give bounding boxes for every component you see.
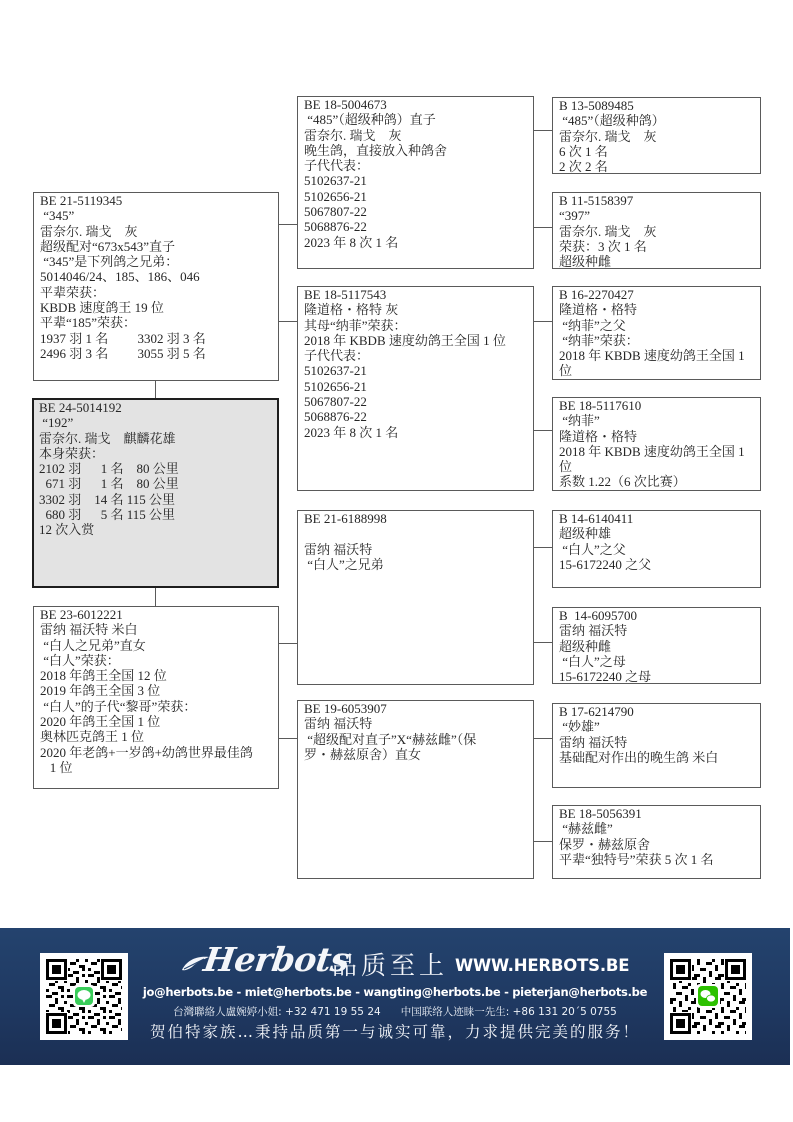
card-line: 雷奈尔. 瑞戈 麒麟花雄	[39, 431, 272, 446]
card-line: 超级种雌	[559, 639, 754, 654]
pedigree-card-subject: BE 24-5014192 “192” 雷奈尔. 瑞戈 麒麟花雄 本身荣获： 2…	[32, 398, 279, 588]
card-line: “白人”之兄弟	[304, 557, 527, 572]
card-line: “妙雄”	[559, 719, 754, 734]
ring-number: B 16-2270427	[559, 287, 754, 302]
contact-taiwan: 台灣聯絡人盧婉婷小姐: +32 471 19 55 24	[173, 1006, 381, 1018]
card-line: 15-6172240 之父	[559, 557, 754, 572]
pedigree-card-dam-dam: BE 19-6053907 雷纳 福沃特 “超级配对直子”X“赫兹雌”（保 罗・…	[297, 700, 534, 879]
card-line: 2023 年 8 次 1 名	[304, 235, 527, 250]
card-line: 雷奈尔. 瑞戈 灰	[304, 128, 527, 143]
pedigree-card-ss-sire: B 13-5089485 “485”（超级种鸽） 雷奈尔. 瑞戈 灰 6 次 1…	[552, 97, 761, 174]
card-line: 5102656-21	[304, 379, 527, 394]
tagline: 品质至上	[332, 946, 448, 982]
card-line: 5102637-21	[304, 363, 527, 378]
card-line: 超级配对“673x543”直子	[40, 239, 272, 254]
qr-code-line[interactable]	[40, 953, 128, 1040]
connector-dam-to-dam-dam	[278, 738, 297, 739]
ring-number: B 14-6095700	[559, 608, 754, 623]
result-row: 680 羽 5 名 115 公里	[39, 507, 272, 522]
card-line: 雷奈尔. 瑞戈 灰	[40, 224, 272, 239]
connector-sire-to-sire-sire	[278, 224, 297, 225]
card-line: “纳菲”之父	[559, 318, 754, 333]
pedigree-card-dam-sire: BE 21-6188998 雷纳 福沃特 “白人”之兄弟	[297, 510, 534, 685]
card-line: 雷奈尔. 瑞戈 灰	[559, 224, 754, 239]
connector-ds-dam	[533, 642, 552, 643]
card-line: 雷奈尔. 瑞戈 灰	[559, 129, 754, 144]
card-line: 6 次 1 名	[559, 144, 754, 159]
card-line: “485”（超级种鸽）	[559, 113, 754, 128]
ring-number: B 11-5158397	[559, 193, 754, 208]
card-line	[304, 526, 527, 541]
card-line: 1937 羽 1 名 3302 羽 3 名	[40, 331, 272, 346]
ring-number: BE 21-5119345	[40, 193, 272, 208]
footer-banner: Herbots 品质至上 WWW.HERBOTS.BE jo@herbots.b…	[0, 928, 790, 1065]
card-line: 2023 年 8 次 1 名	[304, 425, 527, 440]
pedigree-card-ds-dam: B 14-6095700 雷纳 福沃特 超级种雌 “白人”之母 15-61722…	[552, 607, 761, 684]
card-line: 保罗・赫兹原舍	[559, 837, 754, 852]
card-line: “192”	[39, 415, 272, 430]
connector-sd-dam	[533, 430, 552, 431]
connector-sd-sire	[533, 321, 552, 322]
connector-sire-to-subject	[155, 380, 156, 398]
card-line: “345”	[40, 208, 272, 223]
card-line: “赫兹雌”	[559, 821, 754, 836]
website-link[interactable]: WWW.HERBOTS.BE	[455, 956, 629, 975]
card-line: KBDB 速度鸽王 19 位	[40, 300, 272, 315]
pedigree-card-sd-dam: BE 18-5117610 “纳菲” 隆道格・格特 2018 年 KBDB 速度…	[552, 397, 761, 491]
connector-dam-to-dam-sire	[278, 643, 297, 644]
contact-china: 中国联络人迹睐一先生: +86 131 20´5 0755	[401, 1006, 617, 1018]
card-line: 2018 年鸽王全国 12 位	[40, 668, 272, 683]
pedigree-card-sire-dam: BE 18-5117543 隆道格・格特 灰 其母“纳菲”荣获： 2018 年 …	[297, 286, 534, 491]
pedigree-card-sire-sire: BE 18-5004673 “485”（超级种鸽）直子 雷奈尔. 瑞戈 灰 晚生…	[297, 96, 534, 269]
pedigree-card-ds-sire: B 14-6140411 超级种雄 “白人”之父 15-6172240 之父	[552, 510, 761, 588]
card-line: 5067807-22	[304, 204, 527, 219]
result-row: 671 羽 1 名 80 公里	[39, 476, 272, 491]
logo-wordmark: Herbots	[201, 940, 351, 979]
card-line: 平辈“独特号”荣获 5 次 1 名	[559, 852, 754, 867]
email-addresses[interactable]: jo@herbots.be - miet@herbots.be - wangti…	[140, 985, 650, 999]
contact-line: 台灣聯絡人盧婉婷小姐: +32 471 19 55 24 中国联络人迹睐一先生:…	[140, 1004, 650, 1019]
card-line: 5068876-22	[304, 219, 527, 234]
card-line: 2496 羽 3 名 3055 羽 5 名	[40, 346, 272, 361]
card-line: “397”	[559, 208, 754, 223]
card-line: 罗・赫兹原舍）直女	[304, 747, 527, 762]
card-line: 平辈荣获：	[40, 285, 272, 300]
qr-code-icon	[40, 953, 128, 1040]
card-line: 2020 年鸽王全国 1 位	[40, 714, 272, 729]
card-line: 5102656-21	[304, 189, 527, 204]
connector-ds-sire	[533, 547, 552, 548]
card-line: “白人之兄弟”直女	[40, 638, 272, 653]
card-line: 平辈“185”荣获：	[40, 315, 272, 330]
card-line: “485”（超级种鸽）直子	[304, 112, 527, 127]
card-line: 5068876-22	[304, 409, 527, 424]
card-line: 隆道格・格特	[559, 429, 754, 444]
ring-number: BE 18-5056391	[559, 806, 754, 821]
card-line: “345”是下列鸽之兄弟：	[40, 254, 272, 269]
card-line: 5014046/24、185、186、046	[40, 269, 272, 284]
card-line: “白人”之母	[559, 654, 754, 669]
slogan: 贺伯特家族…秉持品质第一与诚实可靠，力求提供完美的服务！	[140, 1020, 650, 1042]
card-line: “白人”之父	[559, 542, 754, 557]
pedigree-page: BE 21-5119345 “345” 雷奈尔. 瑞戈 灰 超级配对“673x5…	[0, 0, 793, 1122]
card-line: 本身荣获：	[39, 446, 272, 461]
card-line: 隆道格・格特	[559, 302, 754, 317]
connector-subject-to-dam	[155, 587, 156, 606]
card-line: 2 次 2 名	[559, 159, 754, 174]
card-line: 15-6172240 之母	[559, 669, 754, 684]
ring-number: BE 24-5014192	[39, 400, 272, 415]
card-line: 雷纳 福沃特	[304, 542, 527, 557]
card-line: 基础配对作出的晚生鸽 米白	[559, 750, 754, 765]
result-row: 2102 羽 1 名 80 公里	[39, 461, 272, 476]
card-line: 雷纳 福沃特	[304, 716, 527, 731]
pedigree-card-sire: BE 21-5119345 “345” 雷奈尔. 瑞戈 灰 超级配对“673x5…	[33, 192, 279, 381]
ring-number: BE 19-6053907	[304, 701, 527, 716]
ring-number: B 13-5089485	[559, 98, 754, 113]
card-line: “超级配对直子”X“赫兹雌”（保	[304, 732, 527, 747]
qr-code-wechat[interactable]	[664, 953, 752, 1040]
card-line: “纳菲”荣获：	[559, 333, 754, 348]
qr-code-icon	[664, 953, 752, 1040]
card-line: 其母“纳菲”荣获：	[304, 318, 527, 333]
card-line: “纳菲”	[559, 413, 754, 428]
ring-number: BE 21-6188998	[304, 511, 527, 526]
card-line: 子代代表：	[304, 348, 527, 363]
connector-sire-to-sire-dam	[278, 321, 297, 322]
card-line: 位	[559, 363, 754, 378]
pedigree-card-ss-dam: B 11-5158397 “397” 雷奈尔. 瑞戈 灰 荣获：3 次 1 名 …	[552, 192, 761, 269]
pedigree-card-dd-dam: BE 18-5056391 “赫兹雌” 保罗・赫兹原舍 平辈“独特号”荣获 5 …	[552, 805, 761, 879]
pedigree-card-dam: BE 23-6012221 雷纳 福沃特 米白 “白人之兄弟”直女 “白人”荣获…	[33, 606, 279, 789]
pedigree-card-dd-sire: B 17-6214790 “妙雄” 雷纳 福沃特 基础配对作出的晚生鸽 米白	[552, 703, 761, 788]
card-line: 2020 年老鸽+一岁鸽+幼鸽世界最佳鸽	[40, 745, 272, 760]
card-line: 12 次入赏	[39, 522, 272, 537]
ring-number: B 14-6140411	[559, 511, 754, 526]
connector-dd-sire	[533, 738, 552, 739]
card-line: 雷纳 福沃特	[559, 623, 754, 638]
ring-number: BE 18-5117610	[559, 398, 754, 413]
card-line: 系数 1.22（6 次比赛）	[559, 474, 754, 489]
card-line: 5102637-21	[304, 173, 527, 188]
card-line: 晚生鸽，直接放入种鸽舍	[304, 143, 527, 158]
connector-ss-dam	[533, 227, 552, 228]
line-app-icon	[75, 987, 93, 1005]
card-line: 子代代表：	[304, 158, 527, 173]
card-line: 雷纳 福沃特 米白	[40, 622, 272, 637]
result-row: 3302 羽 14 名 115 公里	[39, 492, 272, 507]
ring-number: B 17-6214790	[559, 704, 754, 719]
card-line: 荣获：3 次 1 名	[559, 239, 754, 254]
connector-ss-sire	[533, 130, 552, 131]
pedigree-card-sd-sire: B 16-2270427 隆道格・格特 “纳菲”之父 “纳菲”荣获： 2018 …	[552, 286, 761, 380]
card-line: 位	[559, 459, 754, 474]
wechat-icon	[698, 986, 718, 1006]
card-line: “白人”的子代“黎哥”荣获：	[40, 699, 272, 714]
card-line: 2019 年鸽王全国 3 位	[40, 683, 272, 698]
card-line: 雷纳 福沃特	[559, 735, 754, 750]
ring-number: BE 23-6012221	[40, 607, 272, 622]
card-line: “白人”荣获：	[40, 653, 272, 668]
card-line: 2018 年 KBDB 速度幼鸽王全国 1	[559, 444, 754, 459]
card-line: 1 位	[40, 760, 272, 775]
connector-dd-dam	[533, 841, 552, 842]
card-line: 隆道格・格特 灰	[304, 302, 527, 317]
card-line: 超级种雄	[559, 526, 754, 541]
ring-number: BE 18-5004673	[304, 97, 527, 112]
card-line: 超级种雌	[559, 254, 754, 269]
card-line: 5067807-22	[304, 394, 527, 409]
ring-number: BE 18-5117543	[304, 287, 527, 302]
card-line: 2018 年 KBDB 速度幼鸽王全国 1	[559, 348, 754, 363]
brand-logo: Herbots 品质至上 WWW.HERBOTS.BE	[180, 940, 630, 984]
card-line: 2018 年 KBDB 速度幼鸽王全国 1 位	[304, 333, 527, 348]
card-line: 奥林匹克鸽王 1 位	[40, 729, 272, 744]
